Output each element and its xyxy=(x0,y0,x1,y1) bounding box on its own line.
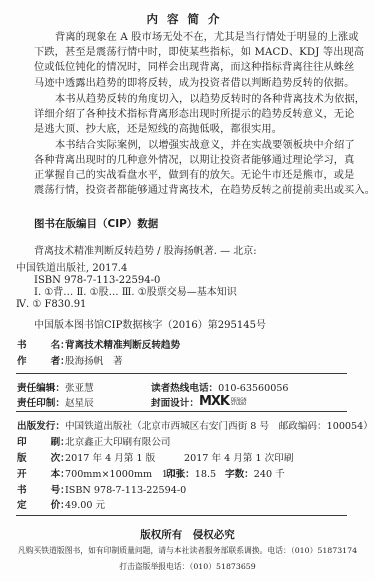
field-label: 封面设计： xyxy=(151,395,199,409)
summary-line: 震荡行情，投资者都能够通过背离技术，在趋势反转之前提前卖出或买入。 xyxy=(34,183,375,198)
field-label: 印张： xyxy=(166,466,195,480)
field-label: 定 xyxy=(17,500,27,511)
cover-design-field: 封面设计：MXKDESIGNSTUDIO xyxy=(151,394,246,409)
cip-line-2: 中国铁道出版社, 2017.4 xyxy=(16,259,127,274)
cip-classification-2: Ⅳ. ① F830.91 xyxy=(16,299,86,310)
summary-line: 本书结合实际案例，以增强实战意义，并在实战要领板块中介绍了 xyxy=(55,138,355,153)
editor-value: 张亚慧 xyxy=(65,380,94,394)
format-field: 开本：700mm×1000mm 1/16 xyxy=(17,466,183,480)
field-label: 出版发行： xyxy=(17,418,65,432)
cip-line-1: 背离技术精准判断反转趋势 / 股海扬帆著. — 北京: xyxy=(34,242,257,257)
printer-value: 北京鑫正大印刷有限公司 xyxy=(65,434,171,448)
publisher-value: 中国铁道出版社（北京市西城区右安门西街 8 号 邮政编码：100054） xyxy=(65,418,373,432)
field-label: 开 xyxy=(17,469,27,480)
copyright-title: 版权所有 侵权必究 xyxy=(0,527,375,542)
hotline-value: 010-63560056 xyxy=(218,383,288,394)
cip-heading: 图书在版编目（CIP）数据 xyxy=(34,216,158,231)
field-label: 书 xyxy=(17,340,27,351)
field-label: 责任编辑： xyxy=(17,380,65,394)
summary-line: 马迹中透露出趋势的即将反转，成为投资者借以判断趋势反转的依据。 xyxy=(34,76,354,91)
printing-value: 2017 年 4 月第 1 次印刷 xyxy=(184,450,293,464)
mxk-logo: MXK xyxy=(199,394,229,409)
words-value: 240 千 xyxy=(254,466,285,480)
book-title-field: 书名：背离技术精准判断反转趋势 xyxy=(17,337,180,351)
edition-field: 版次：2017 年 4 月第 1 版 xyxy=(17,450,155,464)
summary-line: 背离的现象在 A 股市场无处不在，尤其是当行情处于明显的上涨或 xyxy=(55,30,359,45)
editor-field: 责任编辑：张亚慧 xyxy=(17,380,94,394)
sheets-field: 印张：18.5 xyxy=(166,466,216,480)
summary-line: 详细介绍了各种技术指标背离形态出现时所提示的趋势反转意义，无论 xyxy=(34,107,354,122)
edition-value: 2017 年 4 月第 1 版 xyxy=(65,450,155,464)
print-manager-value: 赵星辰 xyxy=(65,395,94,409)
isbn-value: ISBN 978-7-113-22594-0 xyxy=(65,485,186,496)
summary-line: 各种背离出现时的几种意外情况，以期让投资者能够通过理论学习，真 xyxy=(34,153,354,168)
publisher-field: 出版发行：中国铁道出版社（北京市西城区右安门西街 8 号 邮政编码：100054… xyxy=(17,418,373,432)
divider xyxy=(16,515,347,516)
price-value: 49.00 元 xyxy=(65,497,105,511)
field-label: 字数： xyxy=(225,466,254,480)
field-label: 印 xyxy=(17,437,27,448)
field-label: 作 xyxy=(17,356,27,367)
field-label: 责任印制： xyxy=(17,395,65,409)
logo-subtitle-2: STUDIO xyxy=(231,401,246,406)
anti-piracy-line: 打击盗版举报电话：（010）51873659 xyxy=(0,561,375,572)
cip-classification-1: Ⅰ. ①背… Ⅱ. ①股… Ⅲ. ①股票交易—基本知识 xyxy=(34,283,237,298)
book-author-field: 作者：股海扬帆 著 xyxy=(17,353,123,367)
summary-line: 正掌握自己的实战看盘水平，做到有的放矢。无论牛市还是熊市，或是 xyxy=(34,168,354,183)
logo-subtitle: DESIGNSTUDIO xyxy=(231,398,246,406)
divider xyxy=(16,373,347,374)
hotline-field: 读者热线电话：010-63560056 xyxy=(151,380,289,394)
copyright-page: 内容简介 背离的现象在 A 股市场无处不在，尤其是当行情处于明显的上涨或 下跌，… xyxy=(0,0,375,581)
sheets-value: 18.5 xyxy=(195,469,216,480)
print-manager-field: 责任印制：赵星辰 xyxy=(17,395,94,409)
printer-field: 印刷：北京鑫正大印刷有限公司 xyxy=(17,434,171,448)
summary-line: 是逃大顶、抄大底，还是短线的高抛低吸，都很实用。 xyxy=(34,122,282,137)
summary-line: 下跌，甚至是震荡行情中时，即使某些指标，如 MACD、KDJ 等出现高 xyxy=(34,45,364,60)
isbn-field: 书号：ISBN 978-7-113-22594-0 xyxy=(17,482,186,496)
words-field: 字数：240 千 xyxy=(225,466,285,480)
cip-record-number: 中国版本图书馆CIP数据核字（2016）第295145号 xyxy=(34,316,266,331)
field-label: 版 xyxy=(17,453,27,464)
summary-line: 本书从趋势反转的角度切入，以趋势反转时的各种背离技术为依据， xyxy=(55,92,365,107)
summary-line: 位或低位钝化的情况时，同样会出现背离，而这种指标背离往往从蛛丝 xyxy=(34,60,354,75)
book-author-value: 股海扬帆 著 xyxy=(65,353,123,367)
field-label: 书 xyxy=(17,485,27,496)
summary-title: 内容简介 xyxy=(0,11,375,27)
copyright-service-line: 凡购买铁道版图书，如有印制质量问题，请与本社读者服务部联系调换。电话：（010）… xyxy=(0,545,375,556)
book-title-value: 背离技术精准判断反转趋势 xyxy=(65,337,180,351)
price-field: 定价：49.00 元 xyxy=(17,497,105,511)
divider xyxy=(16,411,347,412)
field-label: 读者热线电话： xyxy=(151,380,218,394)
